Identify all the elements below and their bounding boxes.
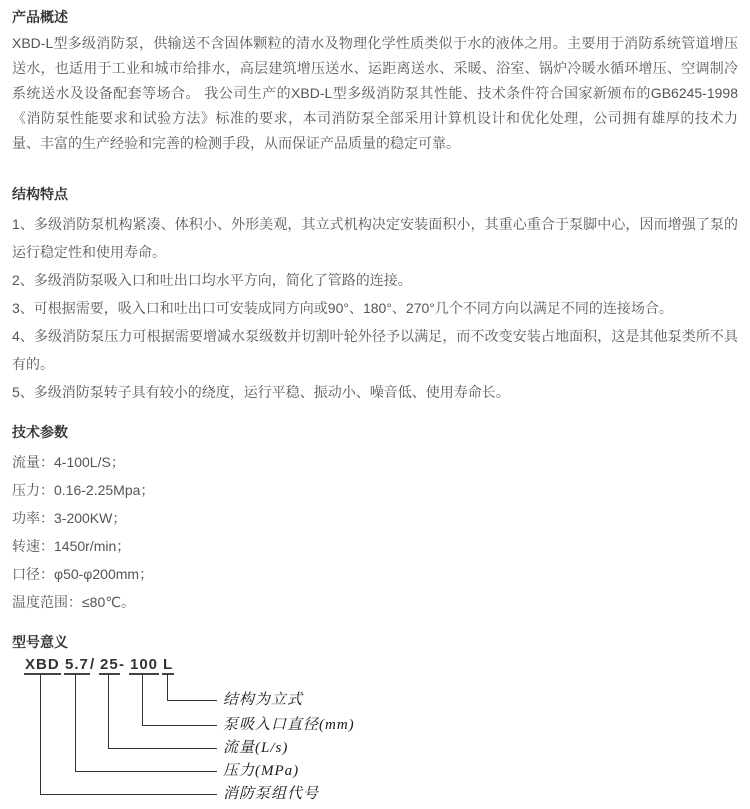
diagram-horizontal-line — [75, 771, 217, 772]
tech-param-temperature: 温度范围：≤80℃。 — [12, 588, 738, 616]
feature-item: 5、多级消防泵转子具有较小的绕度，运行平稳、振动小、噪音低、使用寿命长。 — [12, 378, 738, 406]
model-code-segment-inlet: 100 — [129, 657, 159, 675]
model-code-separator-dash: - — [119, 657, 124, 672]
model-part-label-code: 消防泵组代号 — [223, 785, 319, 803]
features-list: 1、多级消防泵机构紧凑、体积小、外形美观，其立式机构决定安装面积小，其重心重合于… — [12, 210, 738, 406]
diagram-vertical-line — [75, 674, 76, 771]
diagram-vertical-line — [40, 674, 41, 794]
overview-heading: 产品概述 — [12, 9, 738, 25]
model-part-label-structure: 结构为立式 — [223, 691, 303, 709]
diagram-horizontal-line — [108, 748, 217, 749]
features-heading: 结构特点 — [12, 186, 738, 202]
model-part-label-inlet: 泵吸入口直径(mm) — [223, 716, 355, 734]
overview-paragraph: XBD-L型多级消防泵，供输送不含固体颗粒的清水及物理化学性质类似于水的液体之用… — [12, 31, 738, 156]
model-code-segment-series: XBD — [24, 657, 61, 675]
diagram-vertical-line — [108, 674, 109, 748]
diagram-horizontal-line — [167, 700, 217, 701]
tech-param-diameter: 口径：φ50-φ200mm； — [12, 560, 738, 588]
diagram-horizontal-line — [40, 794, 217, 795]
model-code-segment-vertical: L — [162, 657, 174, 675]
product-document: 产品概述 XBD-L型多级消防泵，供输送不含固体颗粒的清水及物理化学性质类似于水… — [12, 9, 738, 809]
tech-params-heading: 技术参数 — [12, 424, 738, 440]
model-diagram: XBD 5.7 / 25 - 100 L 结构为立式 泵吸入口直径(mm) 流量… — [12, 657, 738, 809]
tech-param-speed: 转速：1450r/min； — [12, 532, 738, 560]
model-part-label-pressure: 压力(MPa) — [223, 762, 299, 780]
model-code-segment-pressure: 5.7 — [64, 657, 90, 675]
diagram-vertical-line — [167, 674, 168, 700]
model-code-segment-flow: 25 — [99, 657, 120, 675]
model-part-label-flow: 流量(L/s) — [223, 739, 288, 757]
feature-item: 4、多级消防泵压力可根据需要增减水泵级数并切割叶轮外径予以满足，而不改变安装占地… — [12, 322, 738, 378]
model-code-separator-slash: / — [90, 657, 94, 672]
tech-params-list: 流量：4-100L/S； 压力：0.16-2.25Mpa； 功率：3-200KW… — [12, 448, 738, 616]
diagram-horizontal-line — [142, 725, 217, 726]
tech-param-pressure: 压力：0.16-2.25Mpa； — [12, 476, 738, 504]
tech-param-power: 功率：3-200KW； — [12, 504, 738, 532]
feature-item: 3、可根据需要，吸入口和吐出口可安装成同方向或90°、180°、270°几个不同… — [12, 294, 738, 322]
tech-param-flow: 流量：4-100L/S； — [12, 448, 738, 476]
diagram-vertical-line — [142, 674, 143, 725]
feature-item: 1、多级消防泵机构紧凑、体积小、外形美观，其立式机构决定安装面积小，其重心重合于… — [12, 210, 738, 266]
model-meaning-heading: 型号意义 — [12, 634, 738, 650]
feature-item: 2、多级消防泵吸入口和吐出口均水平方向，简化了管路的连接。 — [12, 266, 738, 294]
